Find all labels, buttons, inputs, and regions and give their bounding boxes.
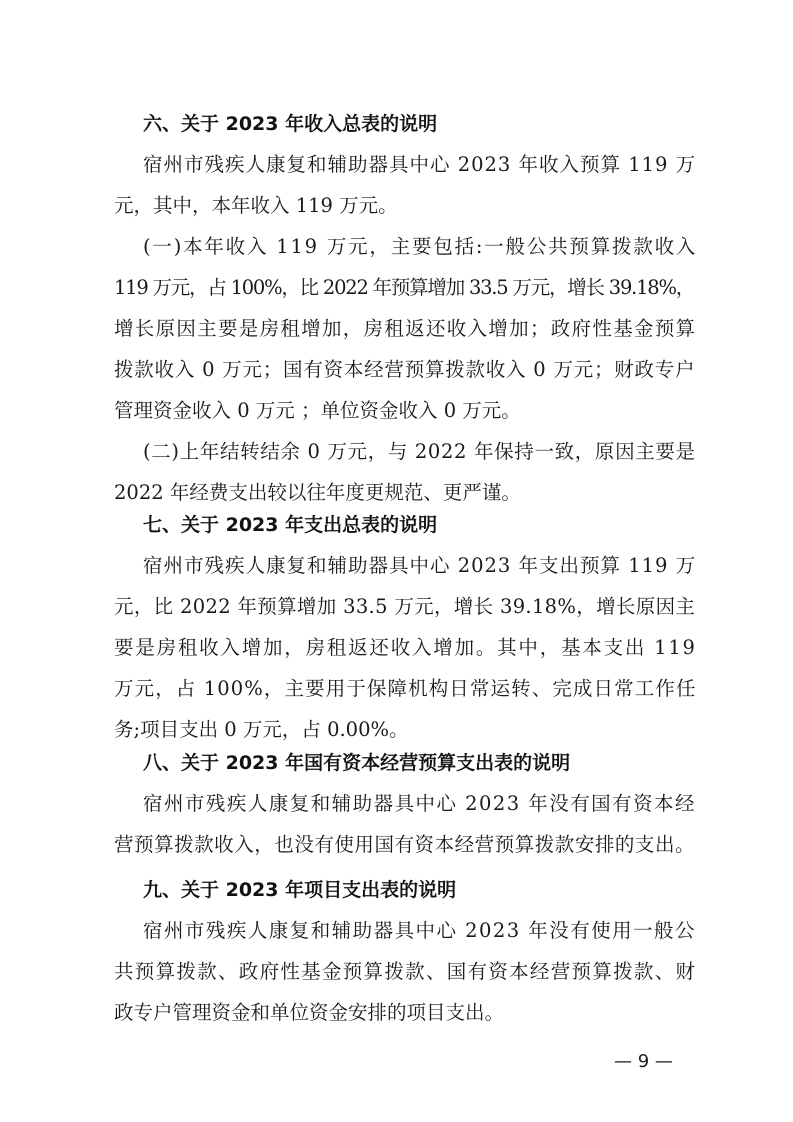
paragraph-line: 宿州市残疾人康复和辅助器具中心 2023 年收入预算 119 万 bbox=[143, 153, 696, 177]
paragraph-line: 万元，占 100%，主要用于保障机构日常运转、完成日常工作任 bbox=[114, 677, 697, 701]
paragraph-line: 拨款收入 0 万元；国有资本经营预算拨款收入 0 万元；财政专户 bbox=[114, 358, 695, 382]
section-heading-8: 八、关于 2023 年国有资本经营预算支出表的说明 bbox=[143, 751, 570, 775]
document-page: 六、关于 2023 年收入总表的说明 宿州市残疾人康复和辅助器具中心 2023 … bbox=[0, 0, 793, 1122]
paragraph-line: 元，其中，本年收入 119 万元。 bbox=[114, 194, 398, 218]
paragraph-line: 务;项目支出 0 万元，占 0.00%。 bbox=[114, 718, 409, 742]
paragraph-line: 2022 年经费支出较以往年度更规范、更严谨。 bbox=[114, 481, 521, 505]
paragraph-line: 共预算拨款、政府性基金预算拨款、国有资本经营预算拨款、财 bbox=[114, 960, 696, 984]
paragraph-line: 管理资金收入 0 万元 ；单位资金收入 0 万元。 bbox=[114, 399, 521, 423]
page-number: — 9 — bbox=[614, 1051, 673, 1072]
section-heading-7: 七、关于 2023 年支出总表的说明 bbox=[143, 513, 437, 537]
paragraph-line: 元，比 2022 年预算增加 33.5 万元，增长 39.18%，增长原因主 bbox=[114, 595, 695, 619]
paragraph-line: (二)上年结转结余 0 万元，与 2022 年保持一致，原因主要是 bbox=[143, 440, 696, 464]
paragraph-line: 要是房租收入增加，房租返还收入增加。其中，基本支出 119 bbox=[114, 636, 697, 660]
paragraph-line: 营预算拨款收入，也没有使用国有资本经营预算拨款安排的支出。 bbox=[114, 833, 695, 857]
section-heading-6: 六、关于 2023 年收入总表的说明 bbox=[143, 112, 437, 136]
paragraph-line: 119 万元，占 100%，比 2022 年预算增加 33.5 万元，增长 39… bbox=[114, 276, 694, 300]
paragraph-line: 宿州市残疾人康复和辅助器具中心 2023 年没有国有资本经 bbox=[143, 792, 696, 816]
section-heading-9: 九、关于 2023 年项目支出表的说明 bbox=[143, 878, 456, 902]
paragraph-line: 宿州市残疾人康复和辅助器具中心 2023 年支出预算 119 万 bbox=[143, 554, 696, 578]
paragraph-line: 政专户管理资金和单位资金安排的项目支出。 bbox=[114, 1001, 504, 1025]
paragraph-line: 增长原因主要是房租增加，房租返还收入增加；政府性基金预算 bbox=[114, 317, 696, 341]
paragraph-line: 宿州市残疾人康复和辅助器具中心 2023 年没有使用一般公 bbox=[143, 919, 696, 943]
paragraph-line: (一)本年收入 119 万元，主要包括:一般公共预算拨款收入 bbox=[143, 235, 697, 259]
